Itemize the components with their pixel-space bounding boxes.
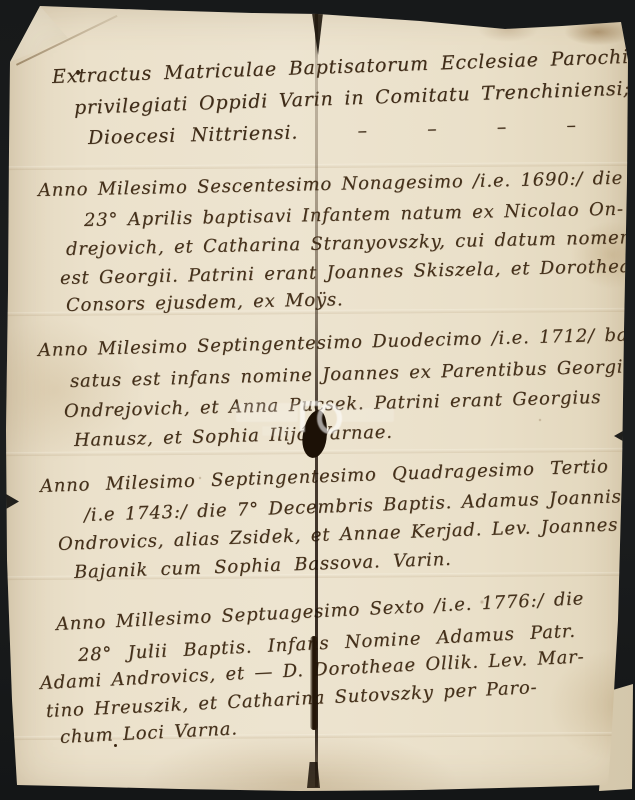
edge-tear [6, 494, 19, 509]
entry-line: est Georgii. Patrini erant Joannes Skisz… [60, 255, 635, 289]
entry-line: Hanusz, et Sophia Ilijó Varnae. [74, 422, 393, 451]
entry-line: Anno Milesimo Sescentesimo Nonagesimo /i… [38, 168, 623, 201]
ink-blot [76, 70, 80, 75]
heading-line: Dioecesi Nittriensi. – – – – – [88, 112, 635, 149]
fold-tear-bottom [307, 762, 320, 788]
entry-line: chum Loci Varna. [59, 718, 238, 748]
entry-line: Ondrejovich, et Anna Pucsek. Patrini era… [64, 387, 602, 422]
ink-blot [246, 186, 249, 189]
entry-line: drejovich, et Catharina Stranyovszky, cu… [66, 227, 632, 260]
entry-line: satus est infans nomine Joannes ex Paren… [70, 356, 635, 392]
fold-tear-lower [310, 636, 318, 730]
edge-tear [614, 428, 628, 444]
document-page: Extractus Matriculae Baptisatorum Eccles… [0, 0, 635, 800]
ink-blot [114, 744, 117, 747]
entry-line: Anno Milesimo Septingentesimo Duodecimo … [38, 324, 635, 361]
fold-tear-top [312, 13, 323, 55]
entry-line: 23° Aprilis baptisavi Infantem natum ex … [84, 199, 624, 231]
